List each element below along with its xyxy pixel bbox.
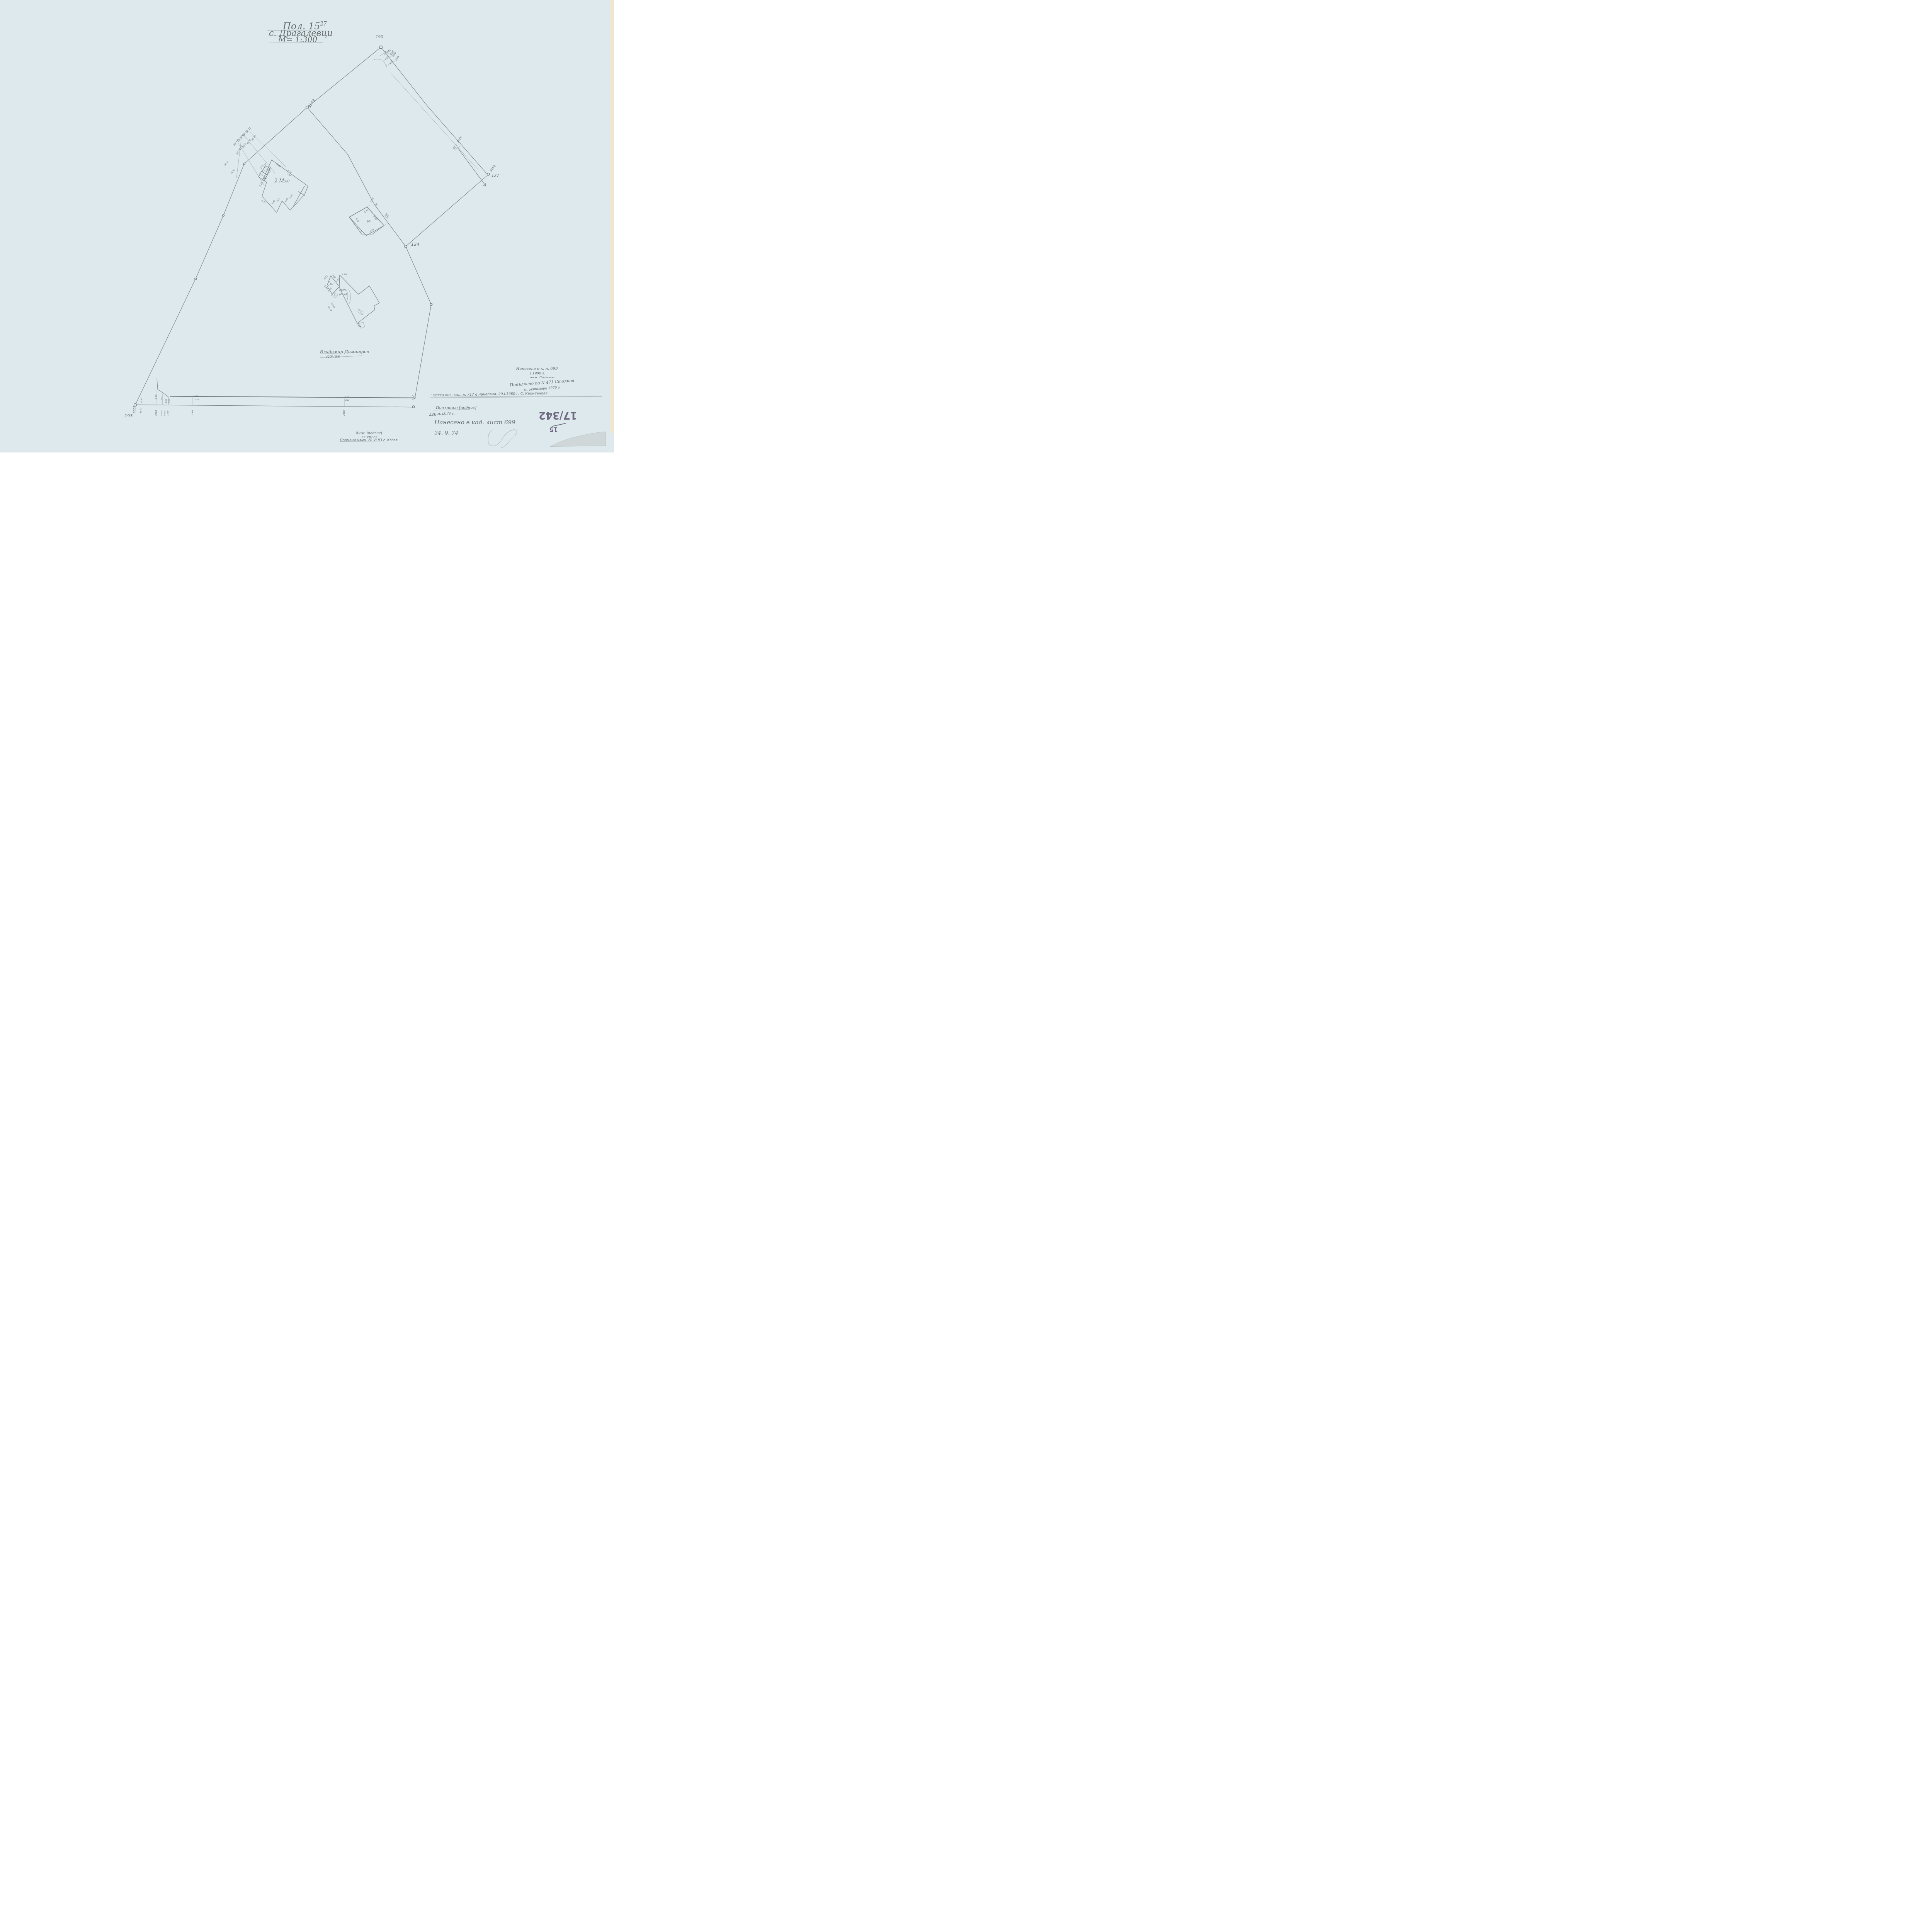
point-coord-127: 5492 [489, 164, 497, 173]
measure: 2182 [343, 410, 345, 416]
measure: 2.12 [345, 399, 350, 401]
measure: 5.95 [289, 194, 294, 199]
annotation-1-line3: инж. Стоянов [530, 376, 554, 379]
measure: 3.62 [332, 274, 336, 279]
building-mzh: Мс Мж (Сгм) 5.90 6.52 3.62 4.35 3.83 3.4… [323, 273, 379, 328]
measure: 24.88 [233, 139, 239, 146]
point-label-124: 124 [411, 242, 419, 247]
point-label-3543: 3543 [307, 98, 316, 109]
measure: 6.65 [372, 216, 377, 221]
header-line3: М= 1:300 [278, 35, 317, 44]
paper-edge [610, 0, 614, 433]
measure: 11.56 [235, 148, 241, 155]
point-label-193: 193 [124, 413, 133, 418]
measure: 6.65 [355, 218, 359, 223]
measure: 642 [395, 55, 400, 61]
point-label-190: 190 [376, 35, 383, 39]
owner-label: Владимир Димитров Кочев [320, 349, 369, 359]
measure: 1950 [167, 410, 169, 416]
vertex-left-2 [195, 278, 197, 280]
measure: 1.75 [195, 399, 199, 401]
measure: 5.35 [364, 209, 369, 214]
annotation-6-line1: Инж. [подпис] [355, 432, 382, 435]
top-corner-measures: 323 358 480 642 147 336 326 [383, 48, 400, 65]
annotation-6-line2: 22.VIII.83. [361, 435, 378, 439]
annotation-1-line2: I 1980 г. [530, 372, 545, 376]
measure: 11.17 [327, 305, 332, 312]
measure: 4.43 [285, 198, 289, 203]
building-mzh-label: Мж [339, 288, 346, 291]
measure: 6.21 [261, 200, 266, 204]
signature-1 [488, 430, 517, 448]
measure: 0.40 [141, 398, 143, 403]
point-label-126: 126 [429, 412, 437, 417]
sheet-number: 17/342 [539, 409, 577, 421]
point-labels: 190 3543 127 5492 124 126 193 9005 [124, 35, 499, 418]
measure: 3.86 [161, 397, 163, 401]
measure: 2.70 [193, 395, 198, 397]
measure: 1620 [370, 197, 375, 203]
vertex-left-1 [223, 214, 224, 216]
annotation-4-line1: Попълнил: [подпис] [435, 406, 476, 410]
header-block: Пол. 15 27 с. Драгалевци М= 1:300 [267, 21, 333, 44]
vertex-mid-right [430, 303, 432, 306]
measure: 7.45 [272, 200, 276, 205]
sheet-subnumber: 15 [549, 426, 558, 433]
measure: 8130 [161, 410, 163, 416]
measure: 147 [383, 51, 387, 56]
point-label-127: 127 [492, 173, 499, 178]
survey-sheet: Пол. 15 27 с. Драгалевци М= 1:300 [0, 0, 614, 452]
vertex-left-3 [243, 163, 245, 165]
measure: 5.30 [155, 395, 158, 400]
measure: 6.52 [323, 275, 328, 280]
annotation-5-line2: 24. 9. 74 [434, 430, 458, 437]
building-mzh-sublabel: (Сгм) [339, 293, 347, 296]
measure: 2.70 [345, 396, 349, 398]
vertex-126 [412, 406, 415, 408]
measure: 180 [374, 203, 379, 207]
measure: 8850 [140, 408, 142, 413]
measure: 9.48 [276, 163, 281, 168]
measure: 5.30 [230, 169, 235, 175]
measure: 5.90 [342, 273, 347, 276]
building-2mzh: 2 Мж 9.48 2.20 4.24 3.75 0.25 1.86 1.70 … [259, 160, 308, 213]
point-coord-193: 9005 [133, 405, 137, 413]
building-mc-label: Мс [330, 282, 334, 286]
building-mg: Мг 5.35 6.65 6.65 5.35 180 1620 984 960 [349, 197, 390, 236]
annotation-5-line1: Нанесено в кад. лист 699 [434, 419, 515, 426]
measure: 1069 [192, 410, 194, 416]
annotation-2-line1: Попълнено по N 471 Стоянов [509, 378, 574, 388]
annotation-1-line1: Нанесено в к. л. 699 [516, 367, 558, 371]
tape-fold [550, 432, 606, 447]
measure: 10.65 [330, 302, 335, 309]
left-side-measures: 11.47 17.40 19.90 21.93 24.88 18.44 9.30… [224, 126, 286, 185]
vertex-124 [405, 245, 407, 248]
measure: 8290 [155, 410, 158, 416]
measure: 3.83 [323, 285, 328, 290]
measure: 1.53 [276, 197, 281, 202]
measure: 2.90 [168, 399, 171, 403]
vertex-190 [379, 46, 382, 48]
header-line1-sup: 27 [320, 21, 327, 27]
cadastral-plan: Пол. 15 27 с. Драгалевци М= 1:300 [0, 0, 614, 452]
owner-name-line2: Кочев [326, 354, 340, 359]
measure: 1.70 [259, 173, 264, 177]
annotations: Нанесено в к. л. 699 I 1980 г. инж. Стоя… [340, 367, 602, 448]
measure: 3.16 [224, 160, 229, 166]
vertex-127 [487, 173, 490, 175]
measure: 7.44 [259, 182, 264, 187]
building-mg-label: Мг [367, 220, 372, 223]
building-2mzh-label: 2 Мж [274, 178, 290, 184]
measure: 3.05 [165, 399, 168, 403]
annotation-2-line2: м. октомври 1979 г. [524, 386, 561, 392]
measure: 0.000 [164, 410, 166, 416]
